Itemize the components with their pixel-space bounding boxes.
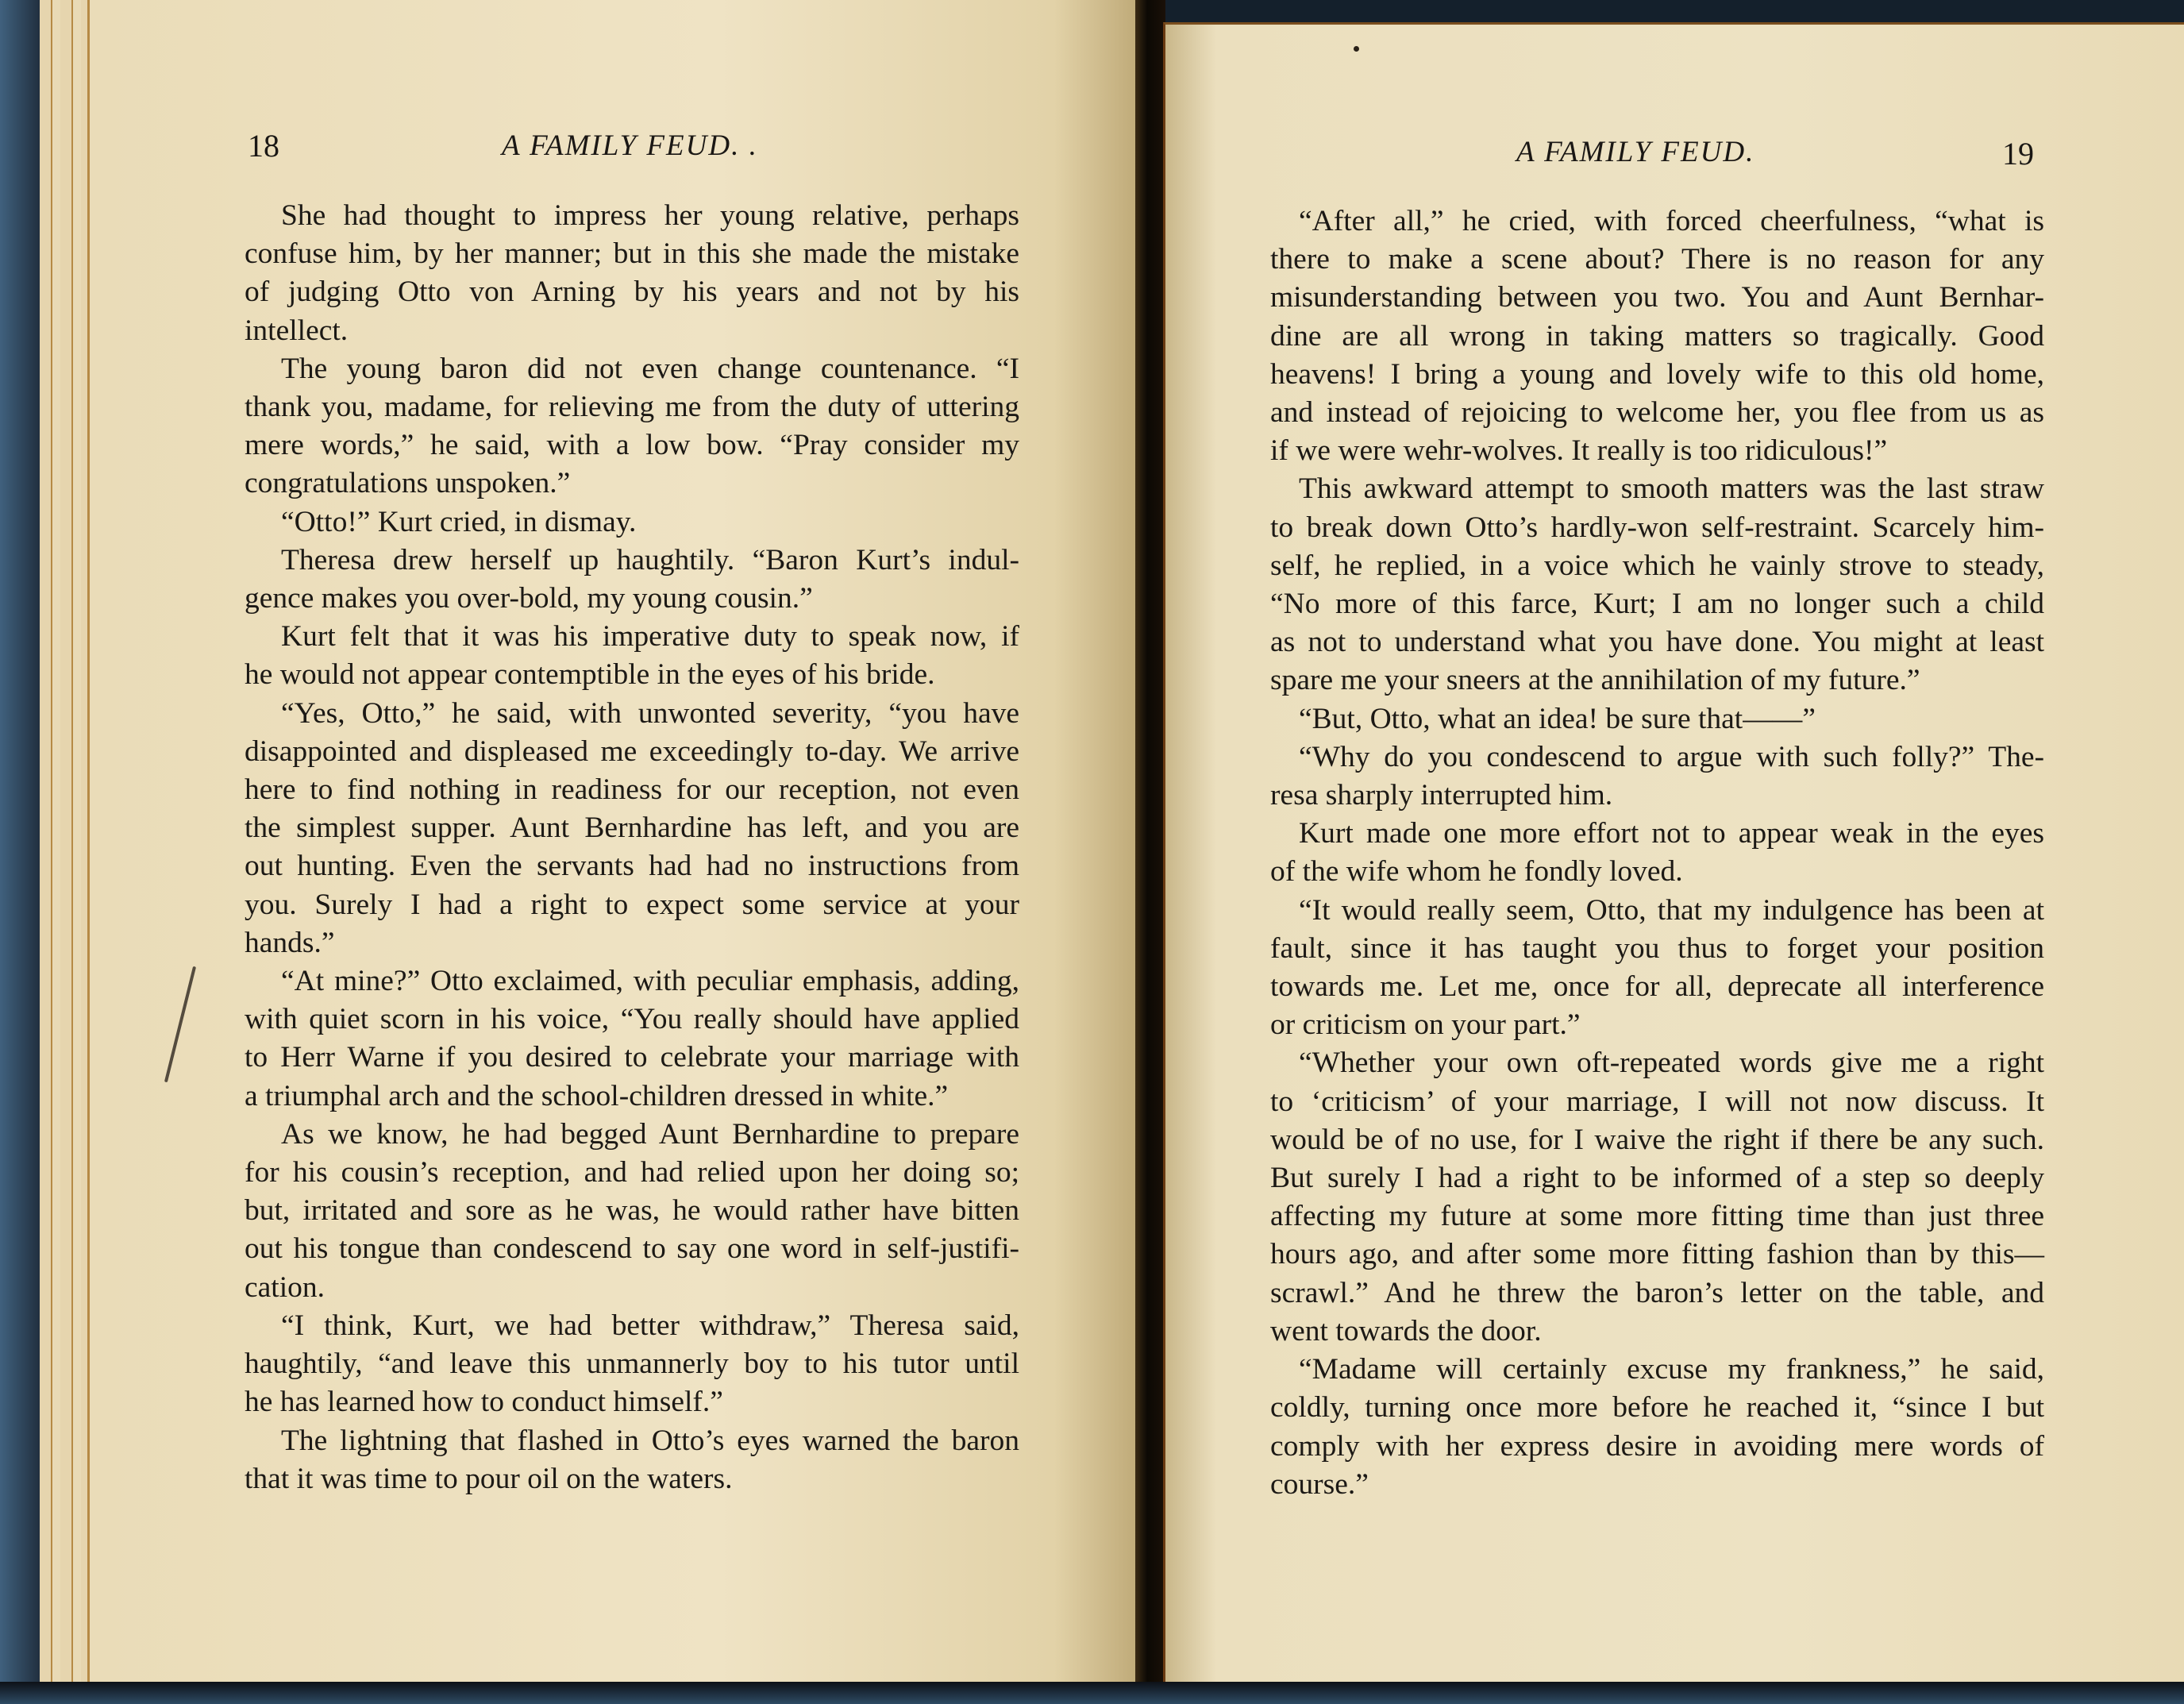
text-line: here to find nothing in readiness for ou…: [245, 771, 1019, 809]
text-line: or criticism on your part.”: [1270, 1006, 2044, 1044]
text-line: would be of no use, for I waive the righ…: [1270, 1121, 2044, 1159]
text-line: disappointed and displeased me exceeding…: [245, 733, 1019, 771]
text-line: The lightning that flashed in Otto’s eye…: [245, 1422, 1019, 1460]
text-line: heavens! I bring a young and lovely wife…: [1270, 356, 2044, 394]
text-line: resa sharply interrupted him.: [1270, 777, 2044, 815]
text-line: “Whether your own oft-repeated words giv…: [1270, 1044, 2044, 1082]
right-page-body: “After all,” he cried, with forced cheer…: [1270, 202, 2044, 1504]
text-line: “Yes, Otto,” he said, with unwonted seve…: [245, 695, 1019, 733]
text-line: of judging Otto von Arning by his years …: [245, 273, 1019, 311]
background-bottom: [0, 1682, 2184, 1704]
text-line: to Herr Warne if you desired to celebrat…: [245, 1039, 1019, 1077]
text-line: out his tongue than condescend to say on…: [245, 1230, 1019, 1268]
text-line: you. Surely I had a right to expect some…: [245, 886, 1019, 924]
text-line: if we were wehr-wolves. It really is too…: [1270, 432, 2044, 470]
text-line: But surely I had a right to be informed …: [1270, 1159, 2044, 1197]
text-line: he has learned how to conduct himself.”: [245, 1383, 1019, 1421]
text-line: “Madame will certainly excuse my frankne…: [1270, 1351, 2044, 1389]
text-line: thank you, madame, for relieving me from…: [245, 388, 1019, 426]
text-line: a triumphal arch and the school-children…: [245, 1078, 1019, 1116]
text-line: “No more of this farce, Kurt; I am no lo…: [1270, 585, 2044, 623]
text-line: cation.: [245, 1269, 1019, 1307]
text-line: Kurt felt that it was his imperative dut…: [245, 618, 1019, 656]
text-line: towards me. Let me, once for all, deprec…: [1270, 968, 2044, 1006]
text-line: mere words,” he said, with a low bow. “P…: [245, 426, 1019, 465]
text-line: intellect.: [245, 312, 1019, 350]
text-line: for his cousin’s reception, and had reli…: [245, 1154, 1019, 1192]
left-page-body: She had thought to impress her young rel…: [245, 197, 1019, 1498]
text-line: “Otto!” Kurt cried, in dismay.: [245, 503, 1019, 542]
text-line: fault, since it has taught you thus to f…: [1270, 930, 2044, 968]
text-line: to ‘criticism’ of your marriage, I will …: [1270, 1083, 2044, 1121]
text-line: he would not appear contemptible in the …: [245, 656, 1019, 694]
text-line: gence makes you over-bold, my young cous…: [245, 580, 1019, 618]
text-line: She had thought to impress her young rel…: [245, 197, 1019, 235]
text-line: but, irritated and sore as he was, he wo…: [245, 1192, 1019, 1230]
text-line: course.”: [1270, 1466, 2044, 1504]
page-number-right: 19: [2002, 135, 2034, 172]
text-line: with quiet scorn in his voice, “You real…: [245, 1000, 1019, 1039]
text-line: “At mine?” Otto exclaimed, with peculiar…: [245, 962, 1019, 1000]
running-head-left: A FAMILY FEUD. .: [502, 129, 758, 163]
text-line: Kurt made one more effort not to appear …: [1270, 815, 2044, 853]
text-line: there to make a scene about? There is no…: [1270, 241, 2044, 279]
text-line: self, he replied, in a voice which he va…: [1270, 547, 2044, 585]
text-line: the simplest supper. Aunt Bernhardine ha…: [245, 809, 1019, 847]
text-line: and instead of rejoicing to welcome her,…: [1270, 394, 2044, 432]
text-line: haughtily, “and leave this unmannerly bo…: [245, 1345, 1019, 1383]
text-line: “It would really seem, Otto, that my ind…: [1270, 892, 2044, 930]
text-line: As we know, he had begged Aunt Bernhardi…: [245, 1116, 1019, 1154]
text-line: hours ago, and after some more fitting f…: [1270, 1236, 2044, 1274]
text-line: scrawl.” And he threw the baron’s letter…: [1270, 1274, 2044, 1313]
text-line: congratulations unspoken.”: [245, 465, 1019, 503]
text-line: “But, Otto, what an idea! be sure that——…: [1270, 700, 2044, 738]
running-head-right: A FAMILY FEUD.: [1516, 135, 1755, 169]
text-line: spare me your sneers at the annihilation…: [1270, 661, 2044, 700]
text-line: “Why do you condescend to argue with suc…: [1270, 738, 2044, 777]
text-line: hands.”: [245, 924, 1019, 962]
text-line: misunderstanding between you two. You an…: [1270, 279, 2044, 317]
text-line: This awkward attempt to smooth matters w…: [1270, 470, 2044, 508]
text-line: that it was time to pour oil on the wate…: [245, 1460, 1019, 1498]
page-number-left: 18: [248, 127, 279, 164]
text-line: The young baron did not even change coun…: [245, 350, 1019, 388]
text-line: as not to understand what you have done.…: [1270, 623, 2044, 661]
text-line: comply with her express desire in avoidi…: [1270, 1428, 2044, 1466]
text-line: “After all,” he cried, with forced cheer…: [1270, 202, 2044, 241]
text-line: of the wife whom he fondly loved.: [1270, 853, 2044, 891]
ink-speck: [1354, 46, 1359, 52]
text-line: to break down Otto’s hardly-won self-res…: [1270, 509, 2044, 547]
text-line: went towards the door.: [1270, 1313, 2044, 1351]
text-line: Theresa drew herself up haughtily. “Baro…: [245, 542, 1019, 580]
text-line: “I think, Kurt, we had better withdraw,”…: [245, 1307, 1019, 1345]
text-line: out hunting. Even the servants had had n…: [245, 847, 1019, 885]
text-line: dine are all wrong in taking matters so …: [1270, 318, 2044, 356]
text-line: confuse him, by her manner; but in this …: [245, 235, 1019, 273]
text-line: affecting my future at some more fitting…: [1270, 1197, 2044, 1236]
book-spine: [1135, 0, 1165, 1704]
text-line: coldly, turning once more before he reac…: [1270, 1389, 2044, 1427]
